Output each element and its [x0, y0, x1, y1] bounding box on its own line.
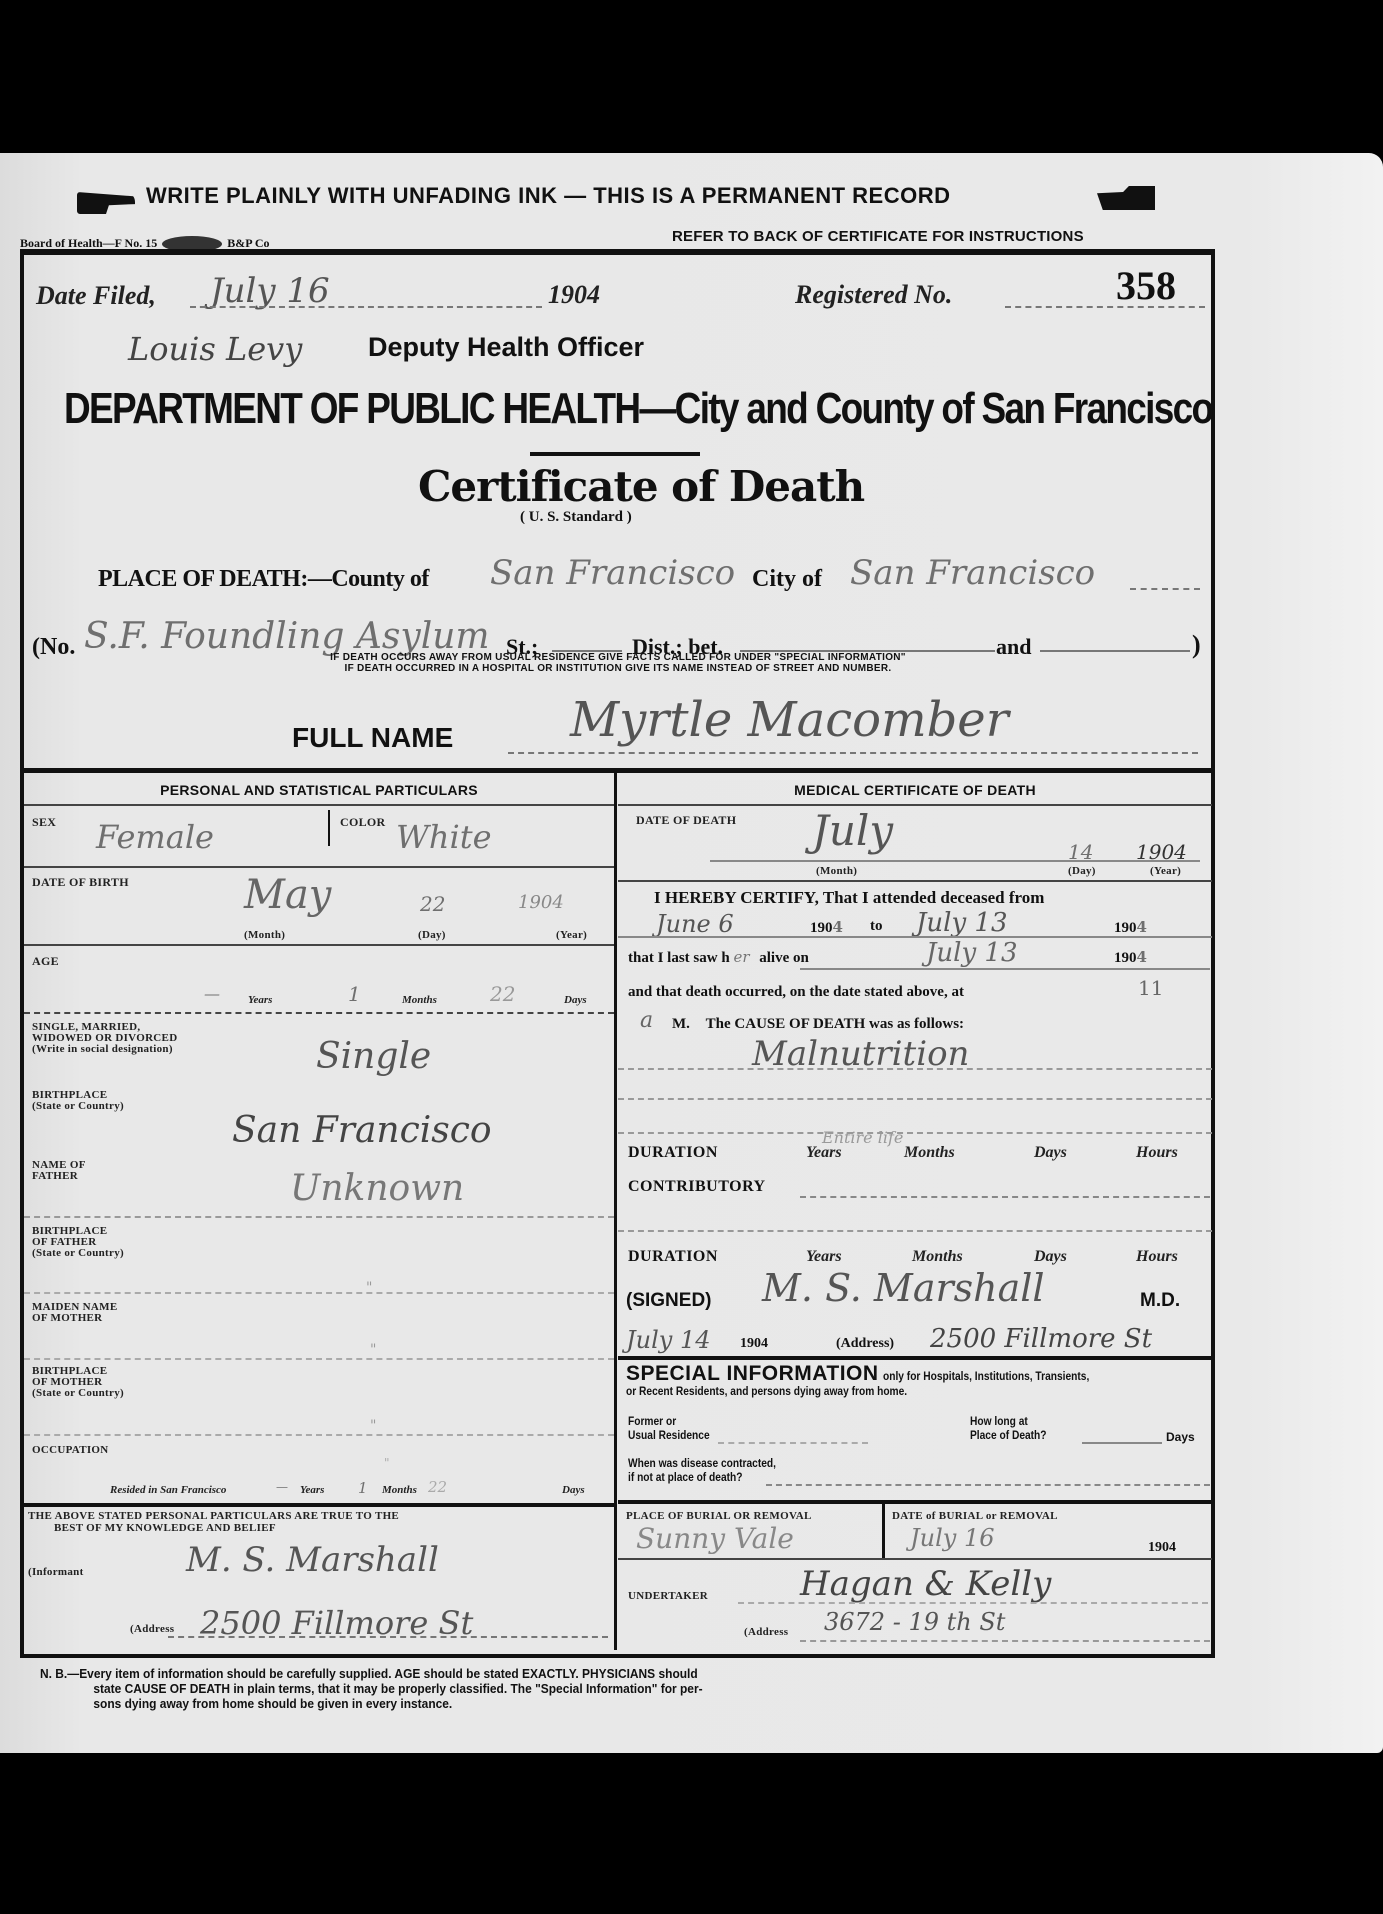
resided-days[interactable]: 22 — [428, 1478, 447, 1496]
undertaker-label: UNDERTAKER — [628, 1590, 708, 1602]
alive-on-text: alive on — [759, 950, 809, 966]
resided-years-label: Years — [300, 1484, 324, 1496]
undertaker-value[interactable]: Hagan & Kelly — [800, 1564, 1051, 1604]
undertaker-address-line — [800, 1640, 1210, 1642]
occupation-label: OCCUPATION — [32, 1444, 109, 1456]
date-filed-line — [190, 306, 542, 308]
dod-row-rule — [618, 880, 1212, 882]
section-divider — [24, 768, 1212, 773]
mother-row-rule — [24, 1358, 614, 1360]
special-information-subtitle-1: only for Hospitals, Institutions, Transi… — [883, 1369, 1089, 1383]
attended-to-year-digit[interactable]: 4 — [1137, 918, 1147, 936]
md-label: M.D. — [1140, 1290, 1180, 1312]
mother-maiden-name-label: MAIDEN NAME OF MOTHER — [32, 1302, 118, 1324]
age-years[interactable]: — — [204, 984, 220, 1003]
sex-label: SEX — [32, 816, 56, 828]
disease-contracted-line-1: When was disease contracted, — [628, 1456, 776, 1470]
place-of-death-note: IF DEATH OCCURS AWAY FROM USUAL RESIDENC… — [168, 652, 1068, 674]
father-birthplace-line-3: (State or Country) — [32, 1248, 124, 1259]
dod-year-caption: (Year) — [1150, 865, 1181, 877]
special-information-subtitle-2: or Recent Residents, and persons dying a… — [626, 1384, 907, 1398]
address-no-label: (No. — [32, 634, 75, 661]
medical-section-title: MEDICAL CERTIFICATE OF DEATH — [618, 782, 1212, 798]
birthplace-label-line-2: (State or Country) — [32, 1101, 124, 1112]
personal-title-rule — [24, 804, 614, 806]
sex-value[interactable]: Female — [96, 818, 214, 856]
medical-special-rule — [618, 1356, 1212, 1360]
burial-date-label: DATE of BURIAL or REMOVAL — [892, 1510, 1058, 1522]
resided-years[interactable]: — — [276, 1480, 288, 1494]
footnote: N. B.—Every item of information should b… — [40, 1666, 703, 1711]
father-name-label: NAME OF FATHER — [32, 1160, 86, 1182]
how-long-line-1: How long at — [970, 1414, 1047, 1428]
duration-years-label-2: Years — [806, 1248, 842, 1266]
cause-of-death-text: The CAUSE OF DEATH was as follows: — [706, 1016, 964, 1032]
father-birthplace-label: BIRTHPLACE OF FATHER (State or Country) — [32, 1226, 124, 1259]
resided-months-label: Months — [382, 1484, 417, 1496]
occupation-value[interactable]: " — [384, 1456, 390, 1470]
undertaker-address-value[interactable]: 3672 - 19 th St — [824, 1608, 1005, 1636]
former-residence-label: Former or Usual Residence — [628, 1414, 710, 1442]
mother-label-line-2: OF MOTHER — [32, 1313, 118, 1324]
mother-maiden-name-value[interactable]: " — [370, 1342, 376, 1358]
certify-text: I HEREBY CERTIFY, That I attended deceas… — [654, 888, 1044, 908]
cause-line-2 — [618, 1098, 1212, 1100]
how-long-label: How long at Place of Death? — [970, 1414, 1047, 1442]
cause-line-3 — [618, 1132, 1212, 1134]
undertaker-line — [738, 1602, 1208, 1604]
informant-signature[interactable]: M. S. Marshall — [186, 1540, 439, 1580]
dob-day-caption: (Day) — [418, 929, 446, 941]
last-saw-year-digit[interactable]: 4 — [1137, 948, 1147, 966]
former-residence-line — [718, 1442, 868, 1444]
full-name-value[interactable]: Myrtle Macomber — [570, 692, 1009, 748]
medical-title-rule — [618, 804, 1212, 806]
mother-birthplace-rule — [24, 1434, 614, 1436]
signed-year: 1904 — [740, 1336, 768, 1352]
special-information-header: SPECIAL INFORMATION only for Hospitals, … — [626, 1362, 1126, 1386]
dob-day[interactable]: 22 — [420, 892, 445, 916]
attest-line-2: BEST OF MY KNOWLEDGE AND BELIEF — [28, 1522, 399, 1534]
marital-status-label: SINGLE, MARRIED, WIDOWED OR DIVORCED (Wr… — [32, 1022, 177, 1055]
death-hour[interactable]: 11 — [1138, 976, 1163, 1000]
duration-months-label-1: Months — [904, 1144, 955, 1162]
registered-no-line — [1005, 306, 1205, 308]
footnote-line-1: N. B.—Every item of information should b… — [40, 1666, 703, 1681]
sex-row-rule — [24, 866, 614, 868]
age-days-label: Days — [564, 994, 587, 1006]
dob-label: DATE OF BIRTH — [32, 876, 129, 888]
birthplace-label: BIRTHPLACE (State or Country) — [32, 1090, 124, 1112]
dob-month[interactable]: May — [244, 872, 331, 918]
disease-contracted-label: When was disease contracted, if not at p… — [628, 1456, 776, 1484]
personal-attest-rule — [24, 1503, 614, 1507]
physician-address-label: (Address) — [836, 1336, 894, 1352]
how-long-line — [1082, 1442, 1162, 1444]
permanent-record-warning: WRITE PLAINLY WITH UNFADING INK — THIS I… — [146, 183, 951, 209]
attest-line-1: THE ABOVE STATED PERSONAL PARTICULARS AR… — [28, 1510, 399, 1522]
duration-days-label-1: Days — [1034, 1144, 1067, 1162]
full-name-line — [508, 752, 1198, 754]
special-information-title: SPECIAL INFORMATION — [626, 1362, 879, 1385]
duration-hours-label-1: Hours — [1136, 1144, 1178, 1162]
date-of-death-month[interactable]: July — [812, 806, 893, 855]
resided-label: Resided in San Francisco — [110, 1484, 226, 1496]
father-birthplace-rule — [24, 1292, 614, 1294]
special-burial-rule — [618, 1500, 1212, 1504]
cause-line-1 — [618, 1068, 1212, 1070]
registered-no-label: Registered No. — [795, 280, 952, 310]
date-filed-label: Date Filed, — [36, 281, 156, 311]
age-label: AGE — [32, 955, 59, 967]
footnote-line-3: sons dying away from home should be give… — [40, 1696, 703, 1711]
dod-day-caption: (Day) — [1068, 865, 1096, 877]
certificate-title: Certificate of Death — [418, 462, 864, 511]
personal-section-title: PERSONAL AND STATISTICAL PARTICULARS — [24, 782, 614, 798]
place-note-line-2: IF DEATH OCCURRED IN A HOSPITAL OR INSTI… — [168, 663, 1068, 674]
date-of-death-line — [710, 860, 1200, 862]
attestation-text: THE ABOVE STATED PERSONAL PARTICULARS AR… — [28, 1510, 399, 1534]
attended-line — [618, 936, 1212, 938]
contributory-line-2 — [618, 1230, 1212, 1232]
last-saw-line — [800, 968, 1210, 970]
disease-contracted-line — [766, 1484, 1210, 1486]
deputy-health-officer-title: Deputy Health Officer — [368, 332, 644, 363]
attended-to-date[interactable]: July 13 — [916, 908, 1008, 938]
duration-label-2: DURATION — [628, 1248, 718, 1266]
last-saw-text: that I last saw h — [628, 950, 730, 966]
last-saw-year: 1904 — [1114, 948, 1147, 967]
mother-birthplace-label: BIRTHPLACE OF MOTHER (State or Country) — [32, 1366, 124, 1399]
resided-days-label: Days — [562, 1484, 585, 1496]
m-label: M. — [672, 1016, 690, 1032]
place-of-death-address[interactable]: S.F. Foundling Asylum — [84, 616, 490, 657]
duration-months-label-2: Months — [912, 1248, 963, 1266]
death-meridiem[interactable]: a — [640, 1008, 653, 1033]
contributory-line — [800, 1196, 1210, 1198]
burial-date-value[interactable]: July 16 — [910, 1524, 994, 1552]
attended-to-year-prefix: 190 — [1114, 920, 1137, 936]
age-row-rule — [24, 1012, 614, 1014]
physician-address-value[interactable]: 2500 Fillmore St — [930, 1324, 1152, 1354]
burial-place-value[interactable]: Sunny Vale — [636, 1522, 794, 1555]
duration-hours-label-2: Hours — [1136, 1248, 1178, 1266]
attended-to-year: 1904 — [1114, 918, 1147, 937]
dod-month-caption: (Month) — [816, 865, 857, 877]
sex-color-divider — [328, 810, 330, 846]
resided-months[interactable]: 1 — [358, 1479, 368, 1497]
last-saw-date[interactable]: July 13 — [926, 938, 1018, 968]
marital-label-line-3: (Write in social designation) — [32, 1044, 177, 1055]
county-value[interactable]: San Francisco — [490, 553, 735, 593]
age-months[interactable]: 1 — [348, 982, 361, 1006]
full-name-label: FULL NAME — [292, 722, 453, 754]
dob-year[interactable]: 1904 — [518, 892, 564, 913]
attended-from-year-digit[interactable]: 4 — [833, 918, 843, 936]
informant-label: (Informant — [28, 1566, 84, 1578]
marital-status-value[interactable]: Single — [316, 1036, 431, 1077]
place-of-death-label: PLACE OF DEATH:—County of — [98, 566, 429, 593]
mother-birthplace-line-3: (State or Country) — [32, 1388, 124, 1399]
age-years-label: Years — [248, 994, 272, 1006]
days-label: Days — [1166, 1430, 1195, 1444]
dob-year-caption: (Year) — [556, 929, 587, 941]
burial-place-label: PLACE OF BURIAL OR REMOVAL — [626, 1510, 812, 1522]
city-value[interactable]: San Francisco — [850, 553, 1095, 593]
undertaker-address-label: (Address — [744, 1626, 788, 1638]
department-title: DEPARTMENT OF PUBLIC HEALTH—City and Cou… — [64, 384, 1212, 434]
duration-years-label-1: Years — [806, 1144, 842, 1162]
date-filed-year: 1904 — [548, 280, 600, 310]
color-label: COLOR — [340, 816, 386, 828]
color-value[interactable]: White — [396, 818, 492, 856]
title-rule — [530, 452, 700, 456]
place-note-line-1: IF DEATH OCCURS AWAY FROM USUAL RESIDENC… — [168, 652, 1068, 663]
mother-birthplace-value[interactable]: " — [370, 1418, 376, 1434]
form-number-text: Board of Health—F No. 15 — [20, 236, 157, 250]
disease-contracted-line-2: if not at place of death? — [628, 1470, 776, 1484]
attended-from-year: 1904 — [810, 918, 843, 937]
signed-date[interactable]: July 14 — [626, 1326, 710, 1354]
birthplace-value[interactable]: San Francisco — [232, 1110, 492, 1151]
how-long-line-2: Place of Death? — [970, 1428, 1047, 1442]
certificate-border — [20, 249, 1215, 1658]
meridiem-label: M. The CAUSE OF DEATH was as follows: — [672, 1016, 964, 1033]
signed-label: (SIGNED) — [626, 1290, 712, 1312]
last-saw-label: that I last saw h er alive on — [628, 948, 809, 967]
attended-from-year-prefix: 190 — [810, 920, 833, 936]
informant-address-line — [168, 1636, 608, 1638]
attended-from-date[interactable]: June 6 — [656, 910, 734, 938]
contributory-label: CONTRIBUTORY — [628, 1178, 766, 1196]
footnote-line-2: state CAUSE OF DEATH in plain terms, tha… — [40, 1681, 703, 1696]
column-divider — [614, 770, 617, 1650]
duration-days-label-2: Days — [1034, 1248, 1067, 1266]
former-residence-line-2: Usual Residence — [628, 1428, 710, 1442]
father-name-value[interactable]: Unknown — [290, 1168, 464, 1209]
city-line — [1130, 588, 1200, 590]
last-saw-year-prefix: 190 — [1114, 950, 1137, 966]
registered-number: 358 — [1116, 262, 1176, 309]
printer-name: B&P Co — [227, 236, 269, 250]
father-label-line-2: FATHER — [32, 1171, 86, 1182]
refer-instructions-note: REFER TO BACK OF CERTIFICATE FOR INSTRUC… — [672, 228, 1084, 245]
age-days[interactable]: 22 — [490, 982, 515, 1006]
informant-address-label: (Address — [130, 1623, 174, 1635]
burial-row-rule — [618, 1558, 1212, 1560]
father-row-rule — [24, 1216, 614, 1218]
former-residence-line-1: Former or — [628, 1414, 710, 1428]
dob-month-caption: (Month) — [244, 929, 285, 941]
last-saw-pronoun[interactable]: er — [733, 948, 749, 966]
burial-column-divider — [882, 1502, 885, 1558]
date-of-death-label: DATE OF DEATH — [636, 814, 736, 826]
duration-label-1: DURATION — [628, 1144, 718, 1162]
city-label: City of — [752, 566, 822, 593]
deputy-signature: Louis Levy — [128, 330, 302, 368]
dob-row-rule — [24, 944, 614, 946]
close-paren: ) — [1192, 630, 1201, 660]
burial-year: 1904 — [1148, 1540, 1176, 1556]
physician-signature[interactable]: M. S. Marshall — [762, 1266, 1045, 1310]
death-occurred-text: and that death occurred, on the date sta… — [628, 984, 964, 1001]
age-months-label: Months — [402, 994, 437, 1006]
attended-to-label: to — [870, 918, 883, 935]
certificate-subtitle: ( U. S. Standard ) — [520, 509, 632, 526]
date-filed-value[interactable]: July 16 — [210, 271, 330, 311]
